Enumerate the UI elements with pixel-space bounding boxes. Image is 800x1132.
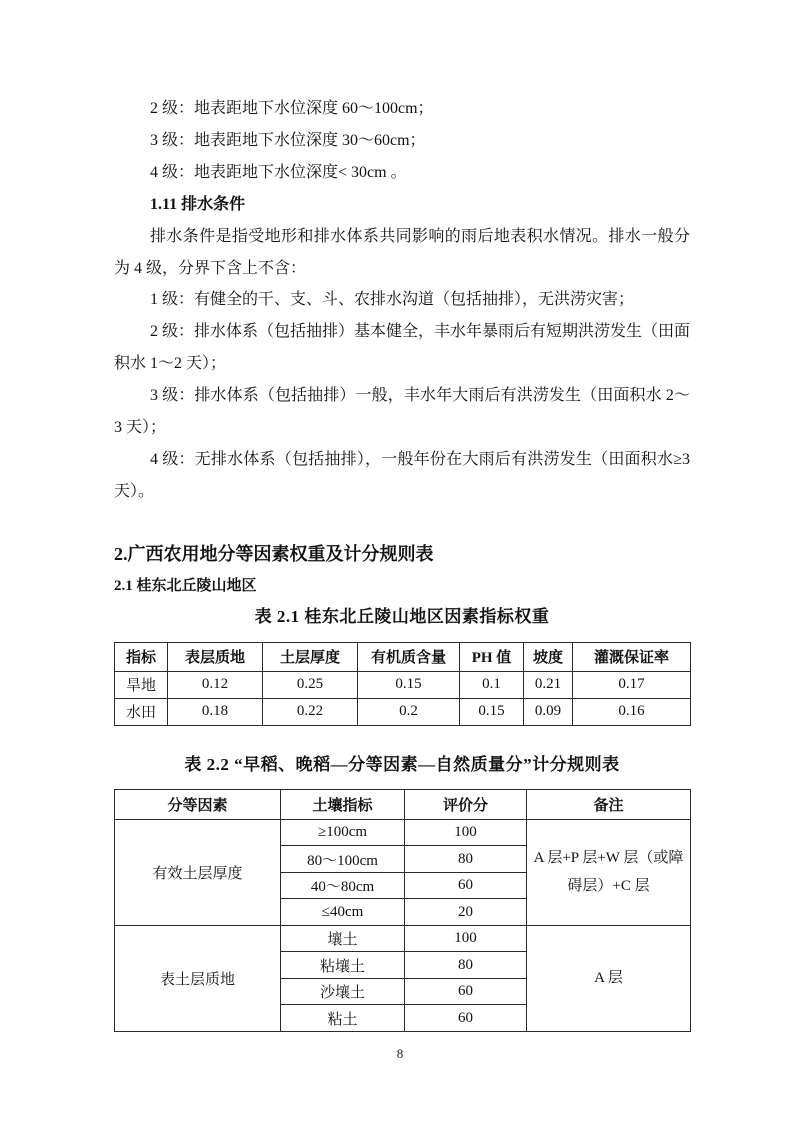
table-2-2-scoring-rules: 分等因素 土壤指标 评价分 备注 有效土层厚度 ≥100cm 100 A 层+P… [114,789,691,1032]
table-row: 有效土层厚度 ≥100cm 100 A 层+P 层+W 层（或障碍层）+C 层 [115,819,691,846]
table-header-cell: PH 值 [460,642,524,671]
table-cell: 0.17 [573,671,691,698]
table-header-cell: 分等因素 [115,789,281,819]
table-cell: 80～100cm [281,846,405,873]
table-cell: 沙壤土 [281,978,405,1005]
table-cell: 水田 [115,698,168,725]
document-page: 2 级：地表距地下水位深度 60～100cm； 3 级：地表距地下水位深度 30… [0,0,800,1132]
table-cell: 60 [405,872,527,899]
table-cell: 0.15 [460,698,524,725]
table-header-cell: 土壤指标 [281,789,405,819]
table-2-1-header-row: 指标 表层质地 土层厚度 有机质含量 PH 值 坡度 灌溉保证率 [115,642,691,671]
table-cell: 粘壤土 [281,952,405,979]
table-cell: 20 [405,899,527,926]
table-2-2-title: 表 2.2 “早稻、晚稻—分等因素—自然质量分”计分规则表 [114,752,690,778]
table-header-cell: 灌溉保证率 [573,642,691,671]
page-number: 8 [0,1046,800,1062]
section-2-1-subheading: 2.1 桂东北丘陵山地区 [114,574,690,598]
table-row: 水田 0.18 0.22 0.2 0.15 0.09 0.16 [115,698,691,725]
table-cell: 60 [405,978,527,1005]
table-header-cell: 有机质含量 [358,642,460,671]
table-cell: 0.21 [524,671,573,698]
table-cell: 100 [405,925,527,952]
drainage-level-4: 4 级：无排水体系（包括抽排），一般年份在大雨后有洪涝发生（田面积水≥3 天）。 [114,444,690,508]
factor-cell: 有效土层厚度 [115,819,281,925]
remark-cell: A 层 [527,925,691,1031]
groundwater-level-4-line: 4 级：地表距地下水位深度< 30cm 。 [114,157,690,189]
table-header-cell: 表层质地 [168,642,263,671]
table-cell: 0.15 [358,671,460,698]
table-row: 表土层质地 壤土 100 A 层 [115,925,691,952]
table-row: 旱地 0.12 0.25 0.15 0.1 0.21 0.17 [115,671,691,698]
table-cell: 粘土 [281,1005,405,1032]
table-cell: 0.09 [524,698,573,725]
table-cell: 0.2 [358,698,460,725]
table-cell: 80 [405,952,527,979]
section-2-heading: 2.广西农用地分等因素权重及计分规则表 [114,540,690,568]
factor-cell: 表土层质地 [115,925,281,1031]
drainage-level-3: 3 级：排水体系（包括抽排）一般，丰水年大雨后有洪涝发生（田面积水 2～3 天）… [114,380,690,444]
table-cell: 0.18 [168,698,263,725]
table-cell: 0.1 [460,671,524,698]
table-cell: 0.12 [168,671,263,698]
groundwater-level-2-line: 2 级：地表距地下水位深度 60～100cm； [114,93,690,125]
table-cell: 0.22 [263,698,358,725]
table-cell: 壤土 [281,925,405,952]
table-cell: 100 [405,819,527,846]
table-cell: 旱地 [115,671,168,698]
document-body: 2 级：地表距地下水位深度 60～100cm； 3 级：地表距地下水位深度 30… [114,93,690,1032]
table-cell: ≤40cm [281,899,405,926]
drainage-level-2: 2 级：排水体系（包括抽排）基本健全，丰水年暴雨后有短期洪涝发生（田面积水 1～… [114,316,690,380]
table-header-cell: 评价分 [405,789,527,819]
table-cell: 60 [405,1005,527,1032]
table-header-cell: 备注 [527,789,691,819]
table-2-1-title: 表 2.1 桂东北丘陵山地区因素指标权重 [114,604,690,630]
table-cell: 80 [405,846,527,873]
table-cell: 0.16 [573,698,691,725]
remark-cell: A 层+P 层+W 层（或障碍层）+C 层 [527,819,691,925]
table-2-1-factor-weights: 指标 表层质地 土层厚度 有机质含量 PH 值 坡度 灌溉保证率 旱地 0.12… [114,642,691,726]
drainage-level-1: 1 级：有健全的干、支、斗、农排水沟道（包括抽排），无洪涝灾害； [114,284,690,316]
table-cell: 0.25 [263,671,358,698]
table-cell: ≥100cm [281,819,405,846]
heading-1-11-drainage: 1.11 排水条件 [114,189,690,221]
drainage-intro-paragraph: 排水条件是指受地形和排水体系共同影响的雨后地表积水情况。排水一般分为 4 级，分… [114,221,690,285]
groundwater-level-3-line: 3 级：地表距地下水位深度 30～60cm； [114,125,690,157]
table-header-cell: 坡度 [524,642,573,671]
table-2-2-header-row: 分等因素 土壤指标 评价分 备注 [115,789,691,819]
table-header-cell: 指标 [115,642,168,671]
table-header-cell: 土层厚度 [263,642,358,671]
table-cell: 40～80cm [281,872,405,899]
